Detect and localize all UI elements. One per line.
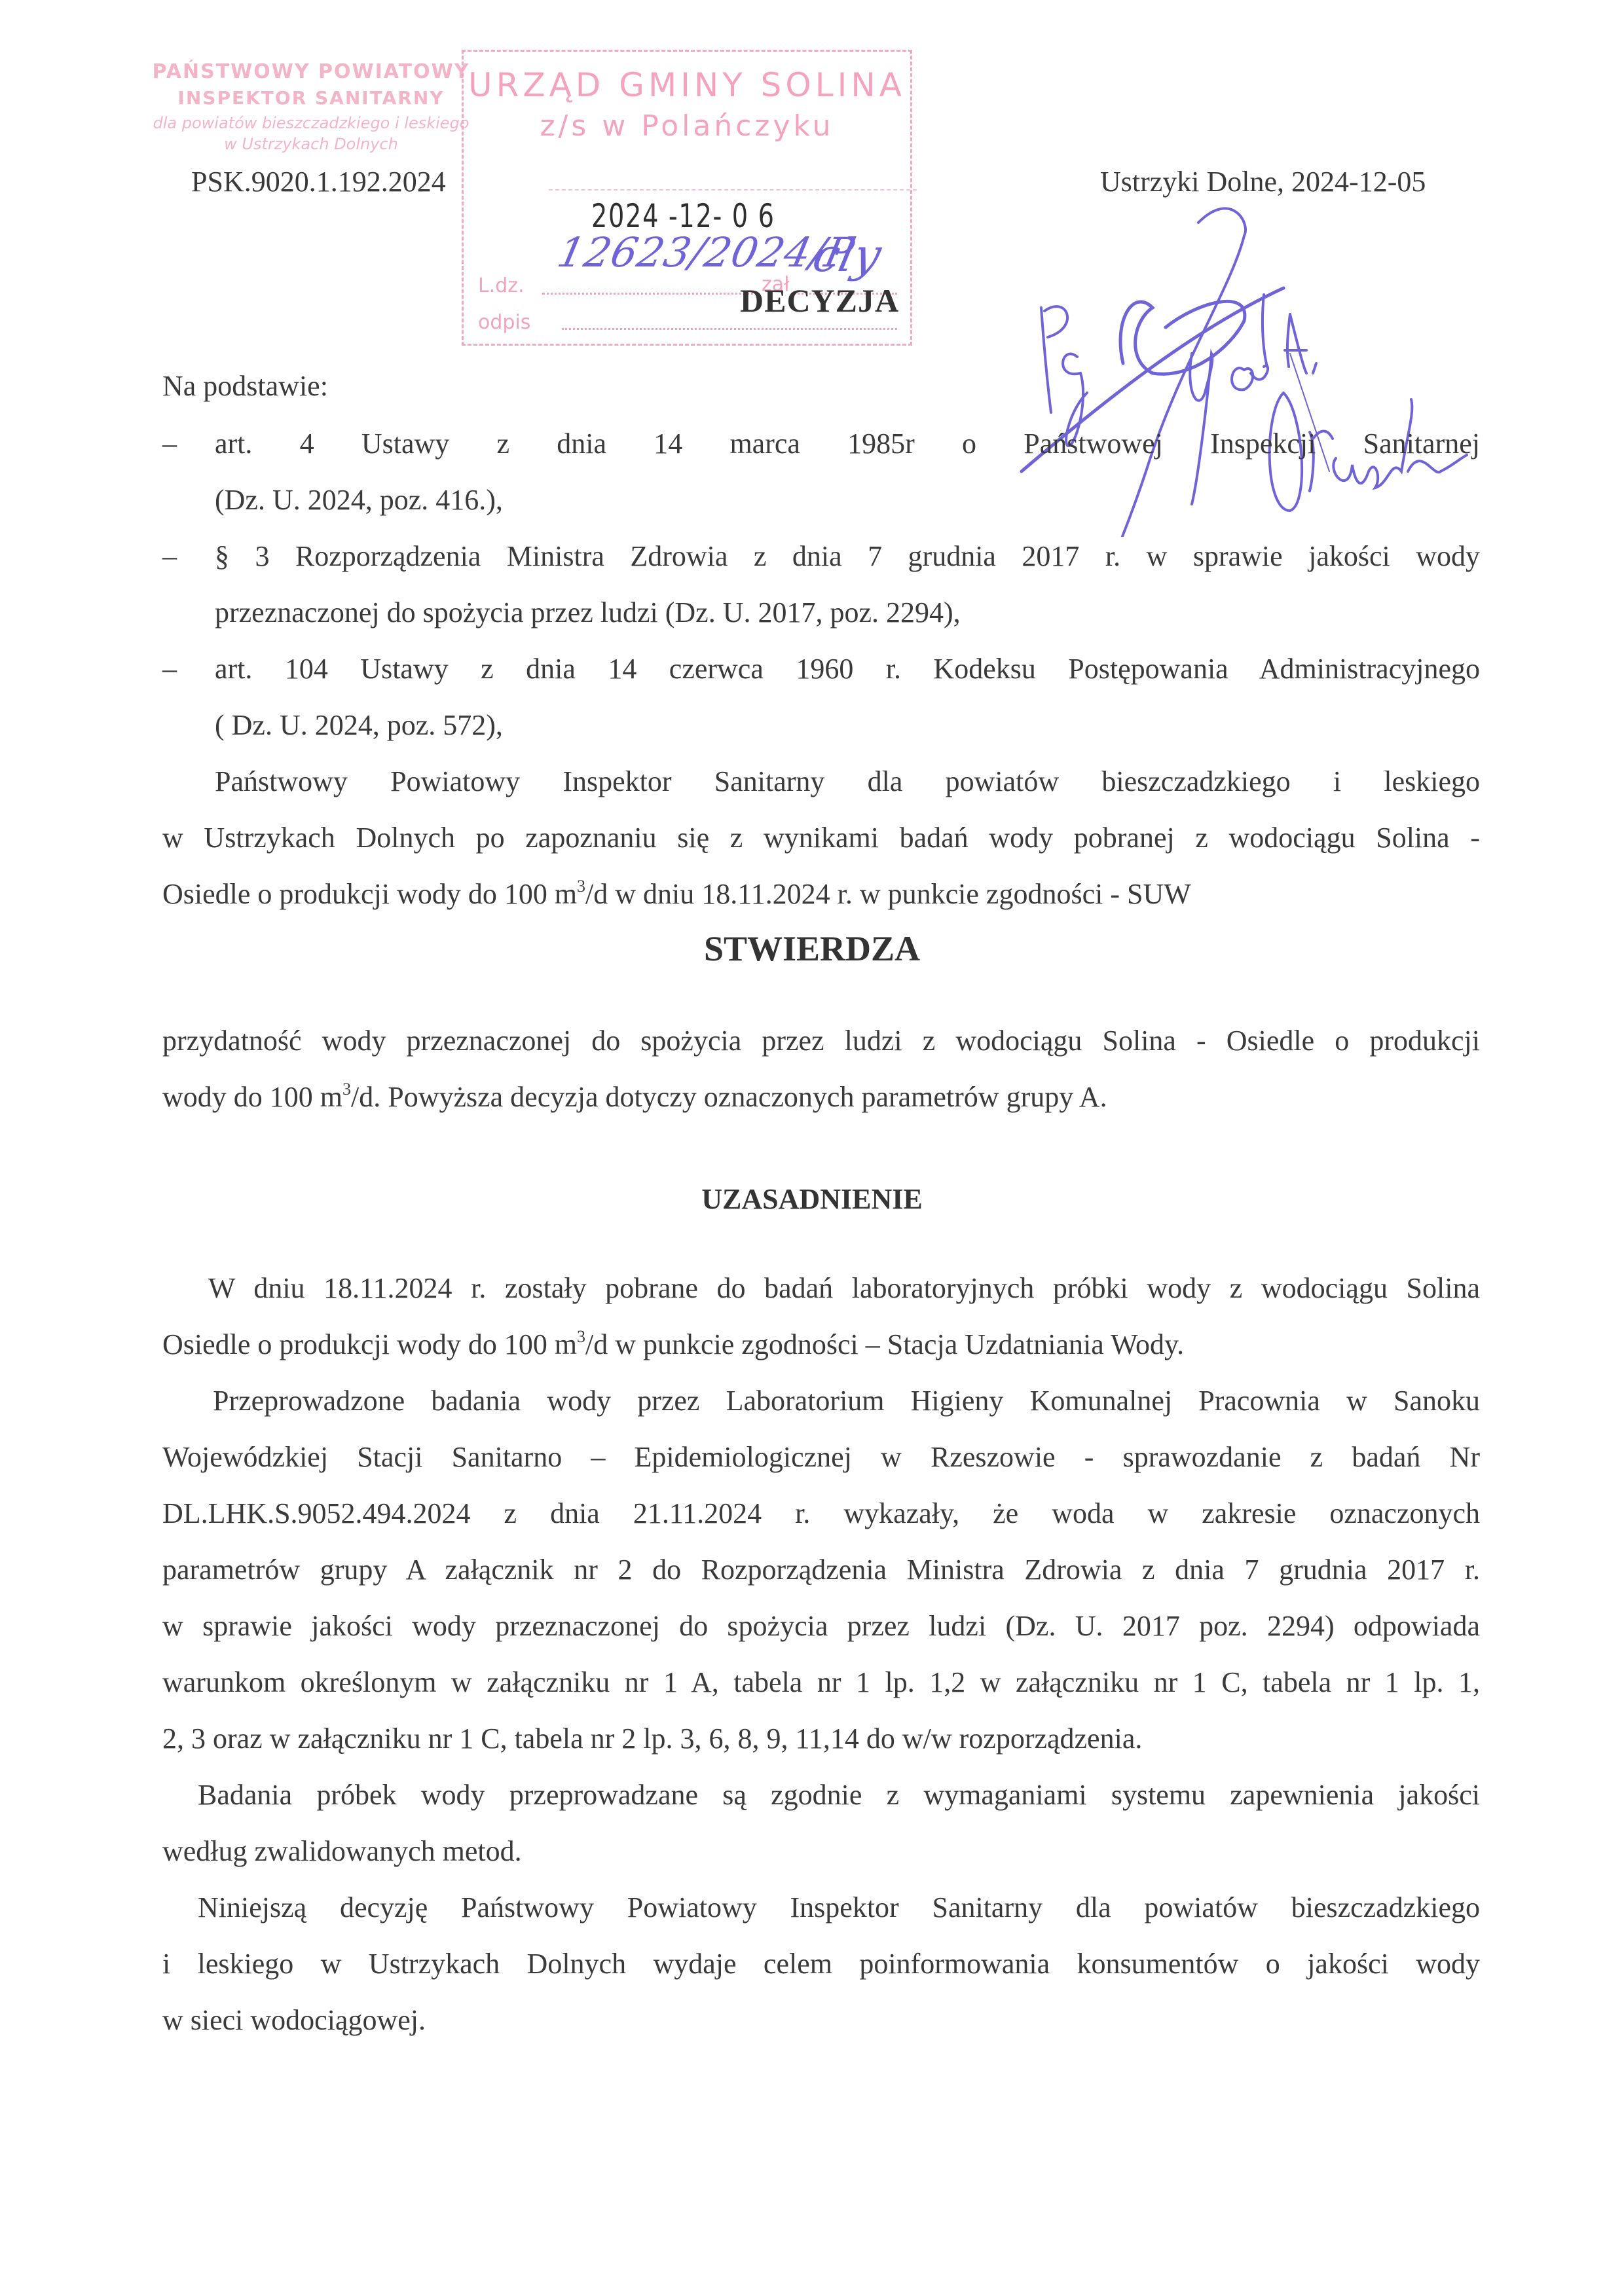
justification-p1-line2-text: Osiedle o produkcji wody do 100 m	[162, 1328, 577, 1360]
received-stamp-organization: URZĄD GMINY SOLINA	[464, 66, 910, 104]
issuer-stamp-line1: PAŃSTWOWY POWIATOWY	[141, 60, 481, 83]
preamble-line1: Państwowy Powiatowy Inspektor Sanitarny …	[215, 767, 1480, 796]
preamble-line3-text-end: /d w dniu 18.11.2024 r. w punkcie zgodno…	[585, 878, 1191, 910]
basis-item-line1: art. 104 Ustawy z dnia 14 czerwca 1960 r…	[215, 655, 1480, 683]
basis-item-line2: (Dz. U. 2024, poz. 416.),	[215, 486, 1480, 515]
ldz-label: L.dz.	[478, 274, 525, 297]
finding-line1: przydatność wody przeznaczonej do spożyc…	[162, 1027, 1480, 1055]
justification-p4-line: w sieci wodociągowej.	[162, 2006, 1480, 2035]
bullet-dash: –	[162, 542, 177, 571]
basis-item-line1: art. 4 Ustawy z dnia 14 marca 1985r o Pa…	[215, 429, 1480, 458]
odpis-label: odpis	[478, 311, 530, 334]
basis-item-line1: § 3 Rozporządzenia Ministra Zdrowia z dn…	[215, 542, 1480, 571]
finding-line2: wody do 100 m3/d. Powyższa decyzja dotyc…	[162, 1083, 1480, 1112]
document-title: DECYZJA	[740, 282, 899, 319]
place-date: Ustrzyki Dolne, 2024-12-05	[1100, 168, 1426, 196]
justification-p2-line: Przeprowadzone badania wody przez Labora…	[213, 1387, 1480, 1415]
justification-heading: UZASADNIENIE	[0, 1185, 1624, 1214]
finding-heading: STWIERDZA	[0, 931, 1624, 966]
basis-item-line2: ( Dz. U. 2024, poz. 572),	[215, 711, 1480, 740]
justification-p1-line1: W dniu 18.11.2024 r. zostały pobrane do …	[208, 1274, 1480, 1303]
issuer-stamp-line4: w Ustrzykach Dolnych	[141, 135, 481, 153]
bullet-dash: –	[162, 429, 177, 458]
received-stamp-divider	[549, 189, 917, 191]
justification-p4-line: i leskiego w Ustrzykach Dolnych wydaje c…	[162, 1950, 1480, 1978]
odpis-dotted-line	[562, 328, 897, 330]
bullet-dash: –	[162, 655, 177, 683]
justification-p1-line2: Osiedle o produkcji wody do 100 m3/d w p…	[162, 1330, 1480, 1359]
justification-p2-line: w sprawie jakości wody przeznaczonej do …	[162, 1612, 1480, 1641]
justification-p3-line: Badania próbek wody przeprowadzane są zg…	[198, 1781, 1480, 1810]
received-stamp-subtitle: z/s w Polańczyku	[464, 109, 910, 143]
superscript: 3	[577, 877, 585, 896]
issuer-stamp-line3: dla powiatów bieszczadzkiego i leskiego	[141, 114, 481, 132]
justification-p3-line: według zwalidowanych metod.	[162, 1837, 1480, 1866]
zal-handwritten-initials: cly	[808, 228, 886, 282]
justification-p2-line: Wojewódzkiej Stacji Sanitarno – Epidemio…	[162, 1443, 1480, 1472]
justification-p4-line: Niniejszą decyzję Państwowy Powiatowy In…	[198, 1893, 1480, 1922]
finding-line2-text-end: /d. Powyższa decyzja dotyczy oznaczonych…	[351, 1081, 1107, 1113]
issuer-stamp-line2: INSPEKTOR SANITARNY	[141, 87, 481, 109]
justification-p2-line: DL.LHK.S.9052.494.2024 z dnia 21.11.2024…	[162, 1499, 1480, 1528]
superscript: 3	[342, 1080, 351, 1099]
justification-p2-line: 2, 3 oraz w załączniku nr 1 C, tabela nr…	[162, 1724, 1480, 1753]
basis-item-line2: przeznaczonej do spożycia przez ludzi (D…	[215, 598, 1480, 627]
finding-line2-text: wody do 100 m	[162, 1081, 342, 1113]
preamble-line3: Osiedle o produkcji wody do 100 m3/d w d…	[162, 880, 1480, 909]
basis-intro: Na podstawie:	[162, 372, 1480, 401]
justification-p2-line: parametrów grupy A załącznik nr 2 do Roz…	[162, 1556, 1480, 1584]
justification-p1-line2-text-end: /d w punkcie zgodności – Stacja Uzdatnia…	[585, 1328, 1184, 1360]
ldz-dotted-line	[542, 293, 758, 295]
issuer-stamp: PAŃSTWOWY POWIATOWY INSPEKTOR SANITARNY …	[141, 60, 481, 153]
preamble-line3-text: Osiedle o produkcji wody do 100 m	[162, 878, 577, 910]
justification-p2-line: warunkom określonym w załączniku nr 1 A,…	[162, 1668, 1480, 1697]
superscript: 3	[577, 1327, 585, 1346]
case-number: PSK.9020.1.192.2024	[191, 168, 446, 196]
preamble-line2: w Ustrzykach Dolnych po zapoznaniu się z…	[162, 824, 1480, 852]
